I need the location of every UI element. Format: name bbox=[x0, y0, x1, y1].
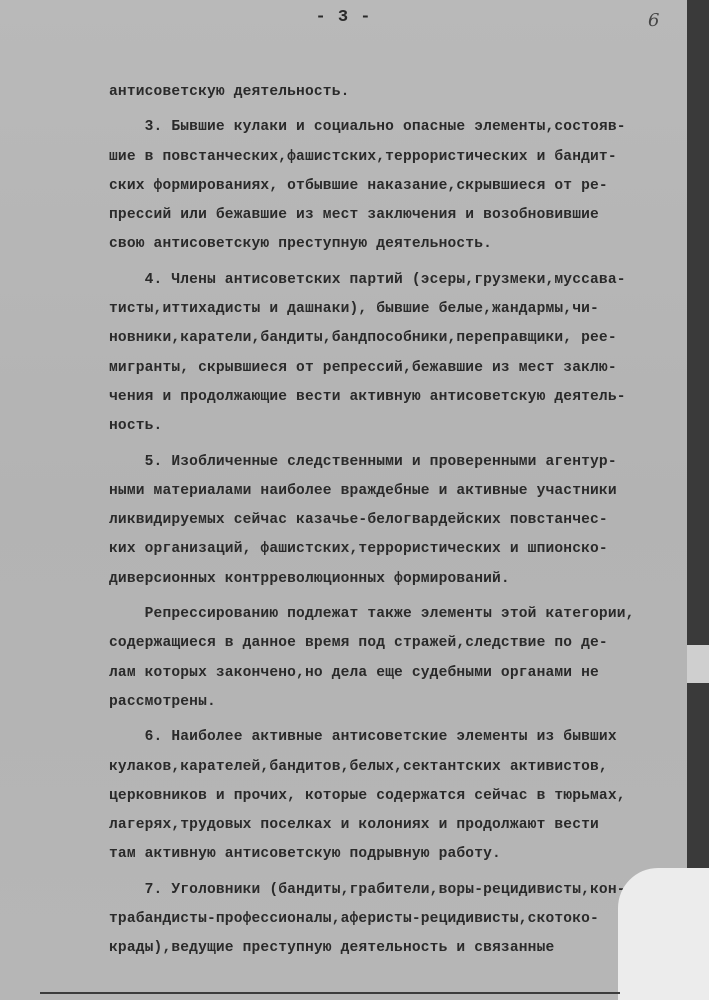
text-line: ских формированиях, отбывшие наказание,с… bbox=[109, 172, 689, 201]
text-line: ких организаций, фашистских,террористиче… bbox=[109, 535, 689, 564]
text-line: антисоветскую деятельность. bbox=[109, 78, 689, 107]
text-line: мигранты, скрывшиеся от репрессий,бежавш… bbox=[109, 354, 689, 383]
text-line: лам которых закончено,но дела еще судебн… bbox=[109, 659, 689, 688]
text-line: 7. Уголовники (бандиты,грабители,воры-ре… bbox=[109, 876, 689, 905]
text-line: лагерях,трудовых поселках и колониях и п… bbox=[109, 811, 689, 840]
text-line: 4. Члены антисоветских партий (эсеры,гру… bbox=[109, 266, 689, 295]
text-line: Репрессированию подлежат также элементы … bbox=[109, 600, 689, 629]
paragraph-item-5-note: Репрессированию подлежат также элементы … bbox=[109, 600, 689, 717]
paragraph-item-4: 4. Члены антисоветских партий (эсеры,гру… bbox=[109, 266, 689, 442]
text-line: ными материалами наиболее враждебные и а… bbox=[109, 477, 689, 506]
scan-edge-notch bbox=[687, 645, 709, 683]
paragraph-item-6: 6. Наиболее активные антисоветские элеме… bbox=[109, 723, 689, 869]
text-line: 5. Изобличенные следственными и проверен… bbox=[109, 448, 689, 477]
text-line: кулаков,карателей,бандитов,белых,сектант… bbox=[109, 753, 689, 782]
text-line: содержащиеся в данное время под стражей,… bbox=[109, 629, 689, 658]
text-line: ность. bbox=[109, 412, 689, 441]
text-line: трабандисты-профессионалы,аферисты-рецид… bbox=[109, 905, 689, 934]
handwritten-page-mark: 6 bbox=[648, 10, 659, 31]
text-line: шие в повстанческих,фашистских,террорист… bbox=[109, 143, 689, 172]
paragraph-cont: антисоветскую деятельность. bbox=[109, 78, 689, 107]
text-line: новники,каратели,бандиты,бандпособники,п… bbox=[109, 324, 689, 353]
text-line: чения и продолжающие вести активную анти… bbox=[109, 383, 689, 412]
text-line: прессий или бежавшие из мест заключения … bbox=[109, 201, 689, 230]
text-line: рассмотрены. bbox=[109, 688, 689, 717]
paragraph-item-5: 5. Изобличенные следственными и проверен… bbox=[109, 448, 689, 594]
paper-tear bbox=[618, 868, 709, 1000]
text-line: тисты,иттихадисты и дашнаки), бывшие бел… bbox=[109, 295, 689, 324]
text-line: 6. Наиболее активные антисоветские элеме… bbox=[109, 723, 689, 752]
bottom-rule bbox=[40, 992, 620, 994]
scan-dark-edge bbox=[687, 0, 709, 1000]
text-line: свою антисоветскую преступную деятельнос… bbox=[109, 230, 689, 259]
text-line: крады),ведущие преступную деятельность и… bbox=[109, 934, 689, 963]
page-number: - 3 - bbox=[0, 8, 687, 27]
document-body: антисоветскую деятельность. 3. Бывшие ку… bbox=[109, 78, 689, 964]
text-line: церковников и прочих, которые содержатся… bbox=[109, 782, 689, 811]
paragraph-item-7: 7. Уголовники (бандиты,грабители,воры-ре… bbox=[109, 876, 689, 964]
text-line: там активную антисоветскую подрывную раб… bbox=[109, 840, 689, 869]
text-line: диверсионных контрреволюционных формиров… bbox=[109, 565, 689, 594]
text-line: ликвидируемых сейчас казачье-белогвардей… bbox=[109, 506, 689, 535]
paragraph-item-3: 3. Бывшие кулаки и социально опасные эле… bbox=[109, 113, 689, 259]
text-line: 3. Бывшие кулаки и социально опасные эле… bbox=[109, 113, 689, 142]
